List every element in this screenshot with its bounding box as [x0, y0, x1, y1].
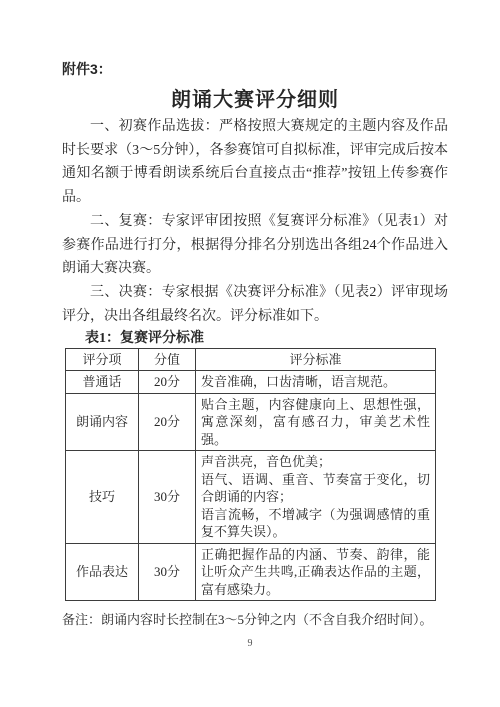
criteria-line: 声音洪亮，音色优美； [201, 453, 430, 471]
score-cell: 30分 [139, 543, 196, 601]
score-table: 评分项 分值 评分标准 普通话 20分 发音准确，口齿清晰，语言规范。 朗诵内容… [65, 348, 436, 601]
header-item: 评分项 [66, 349, 139, 371]
page-number: 9 [0, 638, 500, 649]
table-row: 普通话 20分 发音准确，口齿清晰，语言规范。 [66, 371, 436, 394]
criteria-line: 贴合主题，内容健康向上、思想性强，寓意深刻，富有感召力，审美艺术性强。 [201, 396, 430, 449]
criteria-cell: 声音洪亮，音色优美； 语气、语调、重音、节奏富于变化，切合朗诵的内容； 语言流畅… [196, 451, 436, 544]
item-cell: 作品表达 [66, 543, 139, 601]
paragraph-final-round: 三、决赛：专家根据《决赛评分标准》（见表2）评审现场评分，决出各组最终名次。评分… [62, 281, 448, 328]
score-cell: 20分 [139, 371, 196, 394]
table-row: 技巧 30分 声音洪亮，音色优美； 语气、语调、重音、节奏富于变化，切合朗诵的内… [66, 451, 436, 544]
item-cell: 朗诵内容 [66, 393, 139, 451]
table-row: 朗诵内容 20分 贴合主题，内容健康向上、思想性强，寓意深刻，富有感召力，审美艺… [66, 393, 436, 451]
score-cell: 20分 [139, 393, 196, 451]
table-header-row: 评分项 分值 评分标准 [66, 349, 436, 371]
paragraph-semifinal-round: 二、复赛：专家评审团按照《复赛评分标准》（见表1）对参赛作品进行打分，根据得分排… [62, 210, 448, 281]
table-caption: 表1：复赛评分标准 [85, 330, 448, 348]
item-cell: 普通话 [66, 371, 139, 394]
header-score: 分值 [139, 349, 196, 371]
criteria-line: 正确把握作品的内涵、节奏、韵律，能让听众产生共鸣,正确表达作品的主题，富有感染力… [201, 546, 430, 599]
body-paragraphs: 一、初赛作品选拔：严格按照大赛规定的主题内容及作品时长要求（3～5分钟），各参赛… [62, 115, 448, 328]
criteria-cell: 发音准确，口齿清晰，语言规范。 [196, 371, 436, 394]
document-content: 附件3： 朗诵大赛评分细则 一、初赛作品选拔：严格按照大赛规定的主题内容及作品时… [62, 60, 448, 630]
page-title: 朗诵大赛评分细则 [62, 87, 448, 113]
criteria-line: 发音准确，口齿清晰，语言规范。 [201, 373, 430, 391]
paragraph-preliminary-round: 一、初赛作品选拔：严格按照大赛规定的主题内容及作品时长要求（3～5分钟），各参赛… [62, 115, 448, 210]
document-page: 附件3： 朗诵大赛评分细则 一、初赛作品选拔：严格按照大赛规定的主题内容及作品时… [0, 0, 500, 707]
attachment-label: 附件3： [62, 60, 448, 78]
note-line: 备注：朗诵内容时长控制在3～5分钟之内（不含自我介绍时间）。 [62, 610, 448, 630]
item-cell: 技巧 [66, 451, 139, 544]
criteria-cell: 正确把握作品的内涵、节奏、韵律，能让听众产生共鸣,正确表达作品的主题，富有感染力… [196, 543, 436, 601]
header-criteria: 评分标准 [196, 349, 436, 371]
criteria-line: 语言流畅，不增减字（为强调感情的重复不算失误）。 [201, 506, 430, 541]
criteria-cell: 贴合主题，内容健康向上、思想性强，寓意深刻，富有感召力，审美艺术性强。 [196, 393, 436, 451]
criteria-line: 语气、语调、重音、节奏富于变化，切合朗诵的内容； [201, 471, 430, 506]
table-row: 作品表达 30分 正确把握作品的内涵、节奏、韵律，能让听众产生共鸣,正确表达作品… [66, 543, 436, 601]
score-cell: 30分 [139, 451, 196, 544]
